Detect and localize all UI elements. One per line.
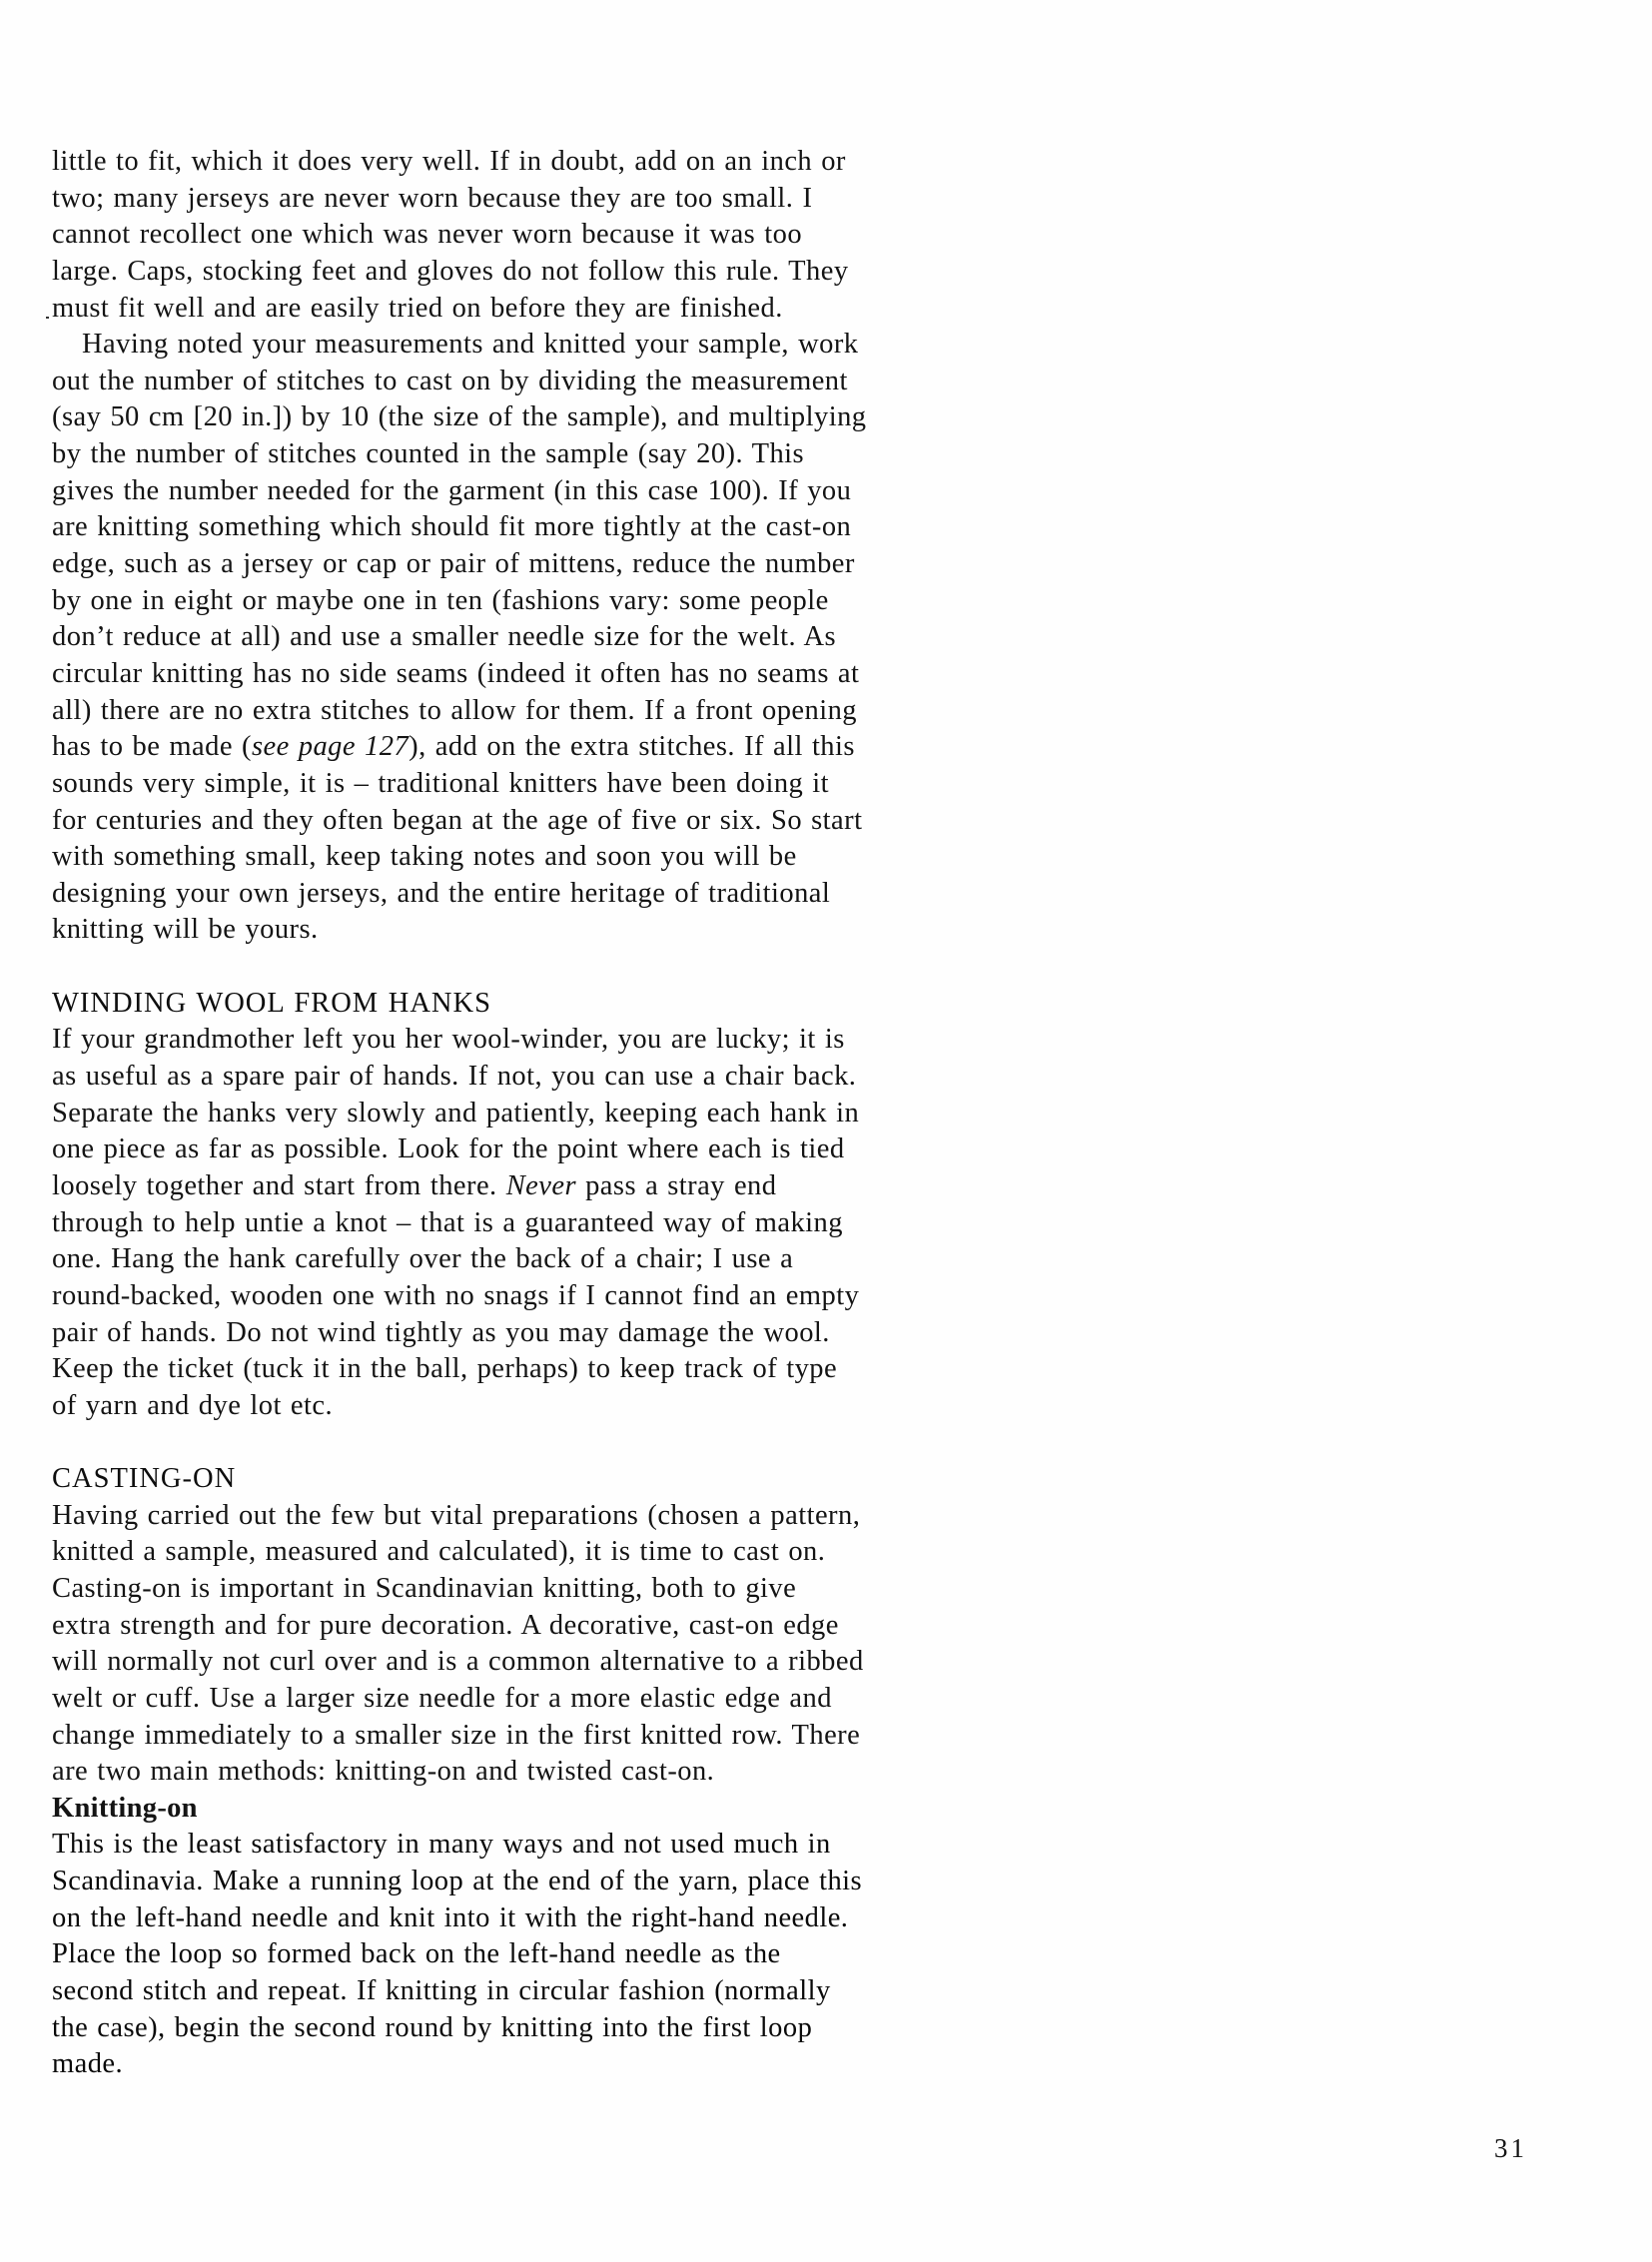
text-line: designing your own jerseys, and the enti… (52, 876, 1011, 913)
page-body: little to fit, which it does very well. … (52, 144, 1011, 2083)
text-line: large. Caps, stocking feet and gloves do… (52, 254, 1011, 291)
text-line: of yarn and dye lot etc. (52, 1388, 1011, 1425)
spacer (52, 1424, 1011, 1461)
text-line: on the left-hand needle and knit into it… (52, 1900, 1011, 1937)
text-line: cannot recollect one which was never wor… (52, 217, 1011, 254)
text-line: gives the number needed for the garment … (52, 473, 1011, 510)
text-fragment: ), add on the extra stitches. If all thi… (409, 731, 855, 762)
text-line: Casting-on is important in Scandinavian … (52, 1571, 1011, 1608)
section-heading: WINDING WOOL FROM HANKS (52, 986, 1011, 1023)
text-line: will normally not curl over and is a com… (52, 1644, 1011, 1681)
text-line: edge, such as a jersey or cap or pair of… (52, 546, 1011, 583)
text-line: This is the least satisfactory in many w… (52, 1827, 1011, 1864)
text-line: one piece as far as possible. Look for t… (52, 1131, 1011, 1168)
text-line: all) there are no extra stitches to allo… (52, 693, 1011, 730)
text-line: are knitting something which should fit … (52, 509, 1011, 546)
text-line: change immediately to a smaller size in … (52, 1718, 1011, 1755)
text-fragment: pass a stray end (576, 1170, 776, 1201)
text-line: Scandinavia. Make a running loop at the … (52, 1864, 1011, 1900)
text-line: as useful as a spare pair of hands. If n… (52, 1059, 1011, 1096)
page-number: 31 (1494, 2133, 1527, 2164)
subsection-knitting-on: Knitting-on This is the least satisfacto… (52, 1791, 1011, 2083)
paragraph-measurements: Having noted your measurements and knitt… (52, 327, 1011, 949)
book-page: little to fit, which it does very well. … (0, 0, 1652, 2262)
spacer (52, 949, 1011, 986)
text-line: don’t reduce at all) and use a smaller n… (52, 619, 1011, 656)
section-casting-on: CASTING-ON Having carried out the few bu… (52, 1461, 1011, 2083)
text-line: by the number of stitches counted in the… (52, 436, 1011, 473)
text-line: sounds very simple, it is – traditional … (52, 766, 1011, 803)
scan-speck (46, 317, 49, 319)
text-line: with something small, keep taking notes … (52, 839, 1011, 876)
text-line: welt or cuff. Use a larger size needle f… (52, 1681, 1011, 1718)
text-line: knitting will be yours. (52, 912, 1011, 949)
text-line: Keep the ticket (tuck it in the ball, pe… (52, 1351, 1011, 1388)
text-fragment: loosely together and start from there. (52, 1170, 506, 1201)
text-line: through to help untie a knot – that is a… (52, 1205, 1011, 1242)
text-line: the case), begin the second round by kni… (52, 2010, 1011, 2047)
text-line: for centuries and they often began at th… (52, 803, 1011, 840)
text-line: Separate the hanks very slowly and patie… (52, 1096, 1011, 1132)
paragraph-continuation: little to fit, which it does very well. … (52, 144, 1011, 327)
text-line: pair of hands. Do not wind tightly as yo… (52, 1315, 1011, 1352)
text-line: Having carried out the few but vital pre… (52, 1498, 1011, 1535)
page-reference: see page 127 (252, 731, 409, 762)
text-line-with-page-reference: has to be made (see page 127), add on th… (52, 729, 1011, 766)
text-line: If your grandmother left you her wool-wi… (52, 1022, 1011, 1059)
text-line: are two main methods: knitting-on and tw… (52, 1754, 1011, 1791)
text-line: one. Hang the hank carefully over the ba… (52, 1241, 1011, 1278)
text-line: extra strength and for pure decoration. … (52, 1608, 1011, 1645)
text-line: circular knitting has no side seams (ind… (52, 656, 1011, 693)
subsection-heading: Knitting-on (52, 1791, 1011, 1828)
text-line-with-emphasis: loosely together and start from there. N… (52, 1168, 1011, 1205)
text-line: made. (52, 2046, 1011, 2083)
text-line: second stitch and repeat. If knitting in… (52, 1973, 1011, 2010)
section-winding-wool: WINDING WOOL FROM HANKS If your grandmot… (52, 986, 1011, 1425)
text-line: (say 50 cm [20 in.]) by 10 (the size of … (52, 399, 1011, 436)
text-fragment: has to be made ( (52, 731, 252, 762)
text-line: Having noted your measurements and knitt… (52, 327, 1011, 364)
text-line: must fit well and are easily tried on be… (52, 291, 1011, 328)
text-line: little to fit, which it does very well. … (52, 144, 1011, 181)
text-line: out the number of stitches to cast on by… (52, 364, 1011, 400)
text-line: two; many jerseys are never worn because… (52, 181, 1011, 218)
text-line: by one in eight or maybe one in ten (fas… (52, 583, 1011, 620)
text-line: Place the loop so formed back on the lef… (52, 1936, 1011, 1973)
text-line: round-backed, wooden one with no snags i… (52, 1278, 1011, 1315)
emphasis-never: Never (506, 1170, 576, 1201)
text-line: knitted a sample, measured and calculate… (52, 1534, 1011, 1571)
section-heading: CASTING-ON (52, 1461, 1011, 1498)
